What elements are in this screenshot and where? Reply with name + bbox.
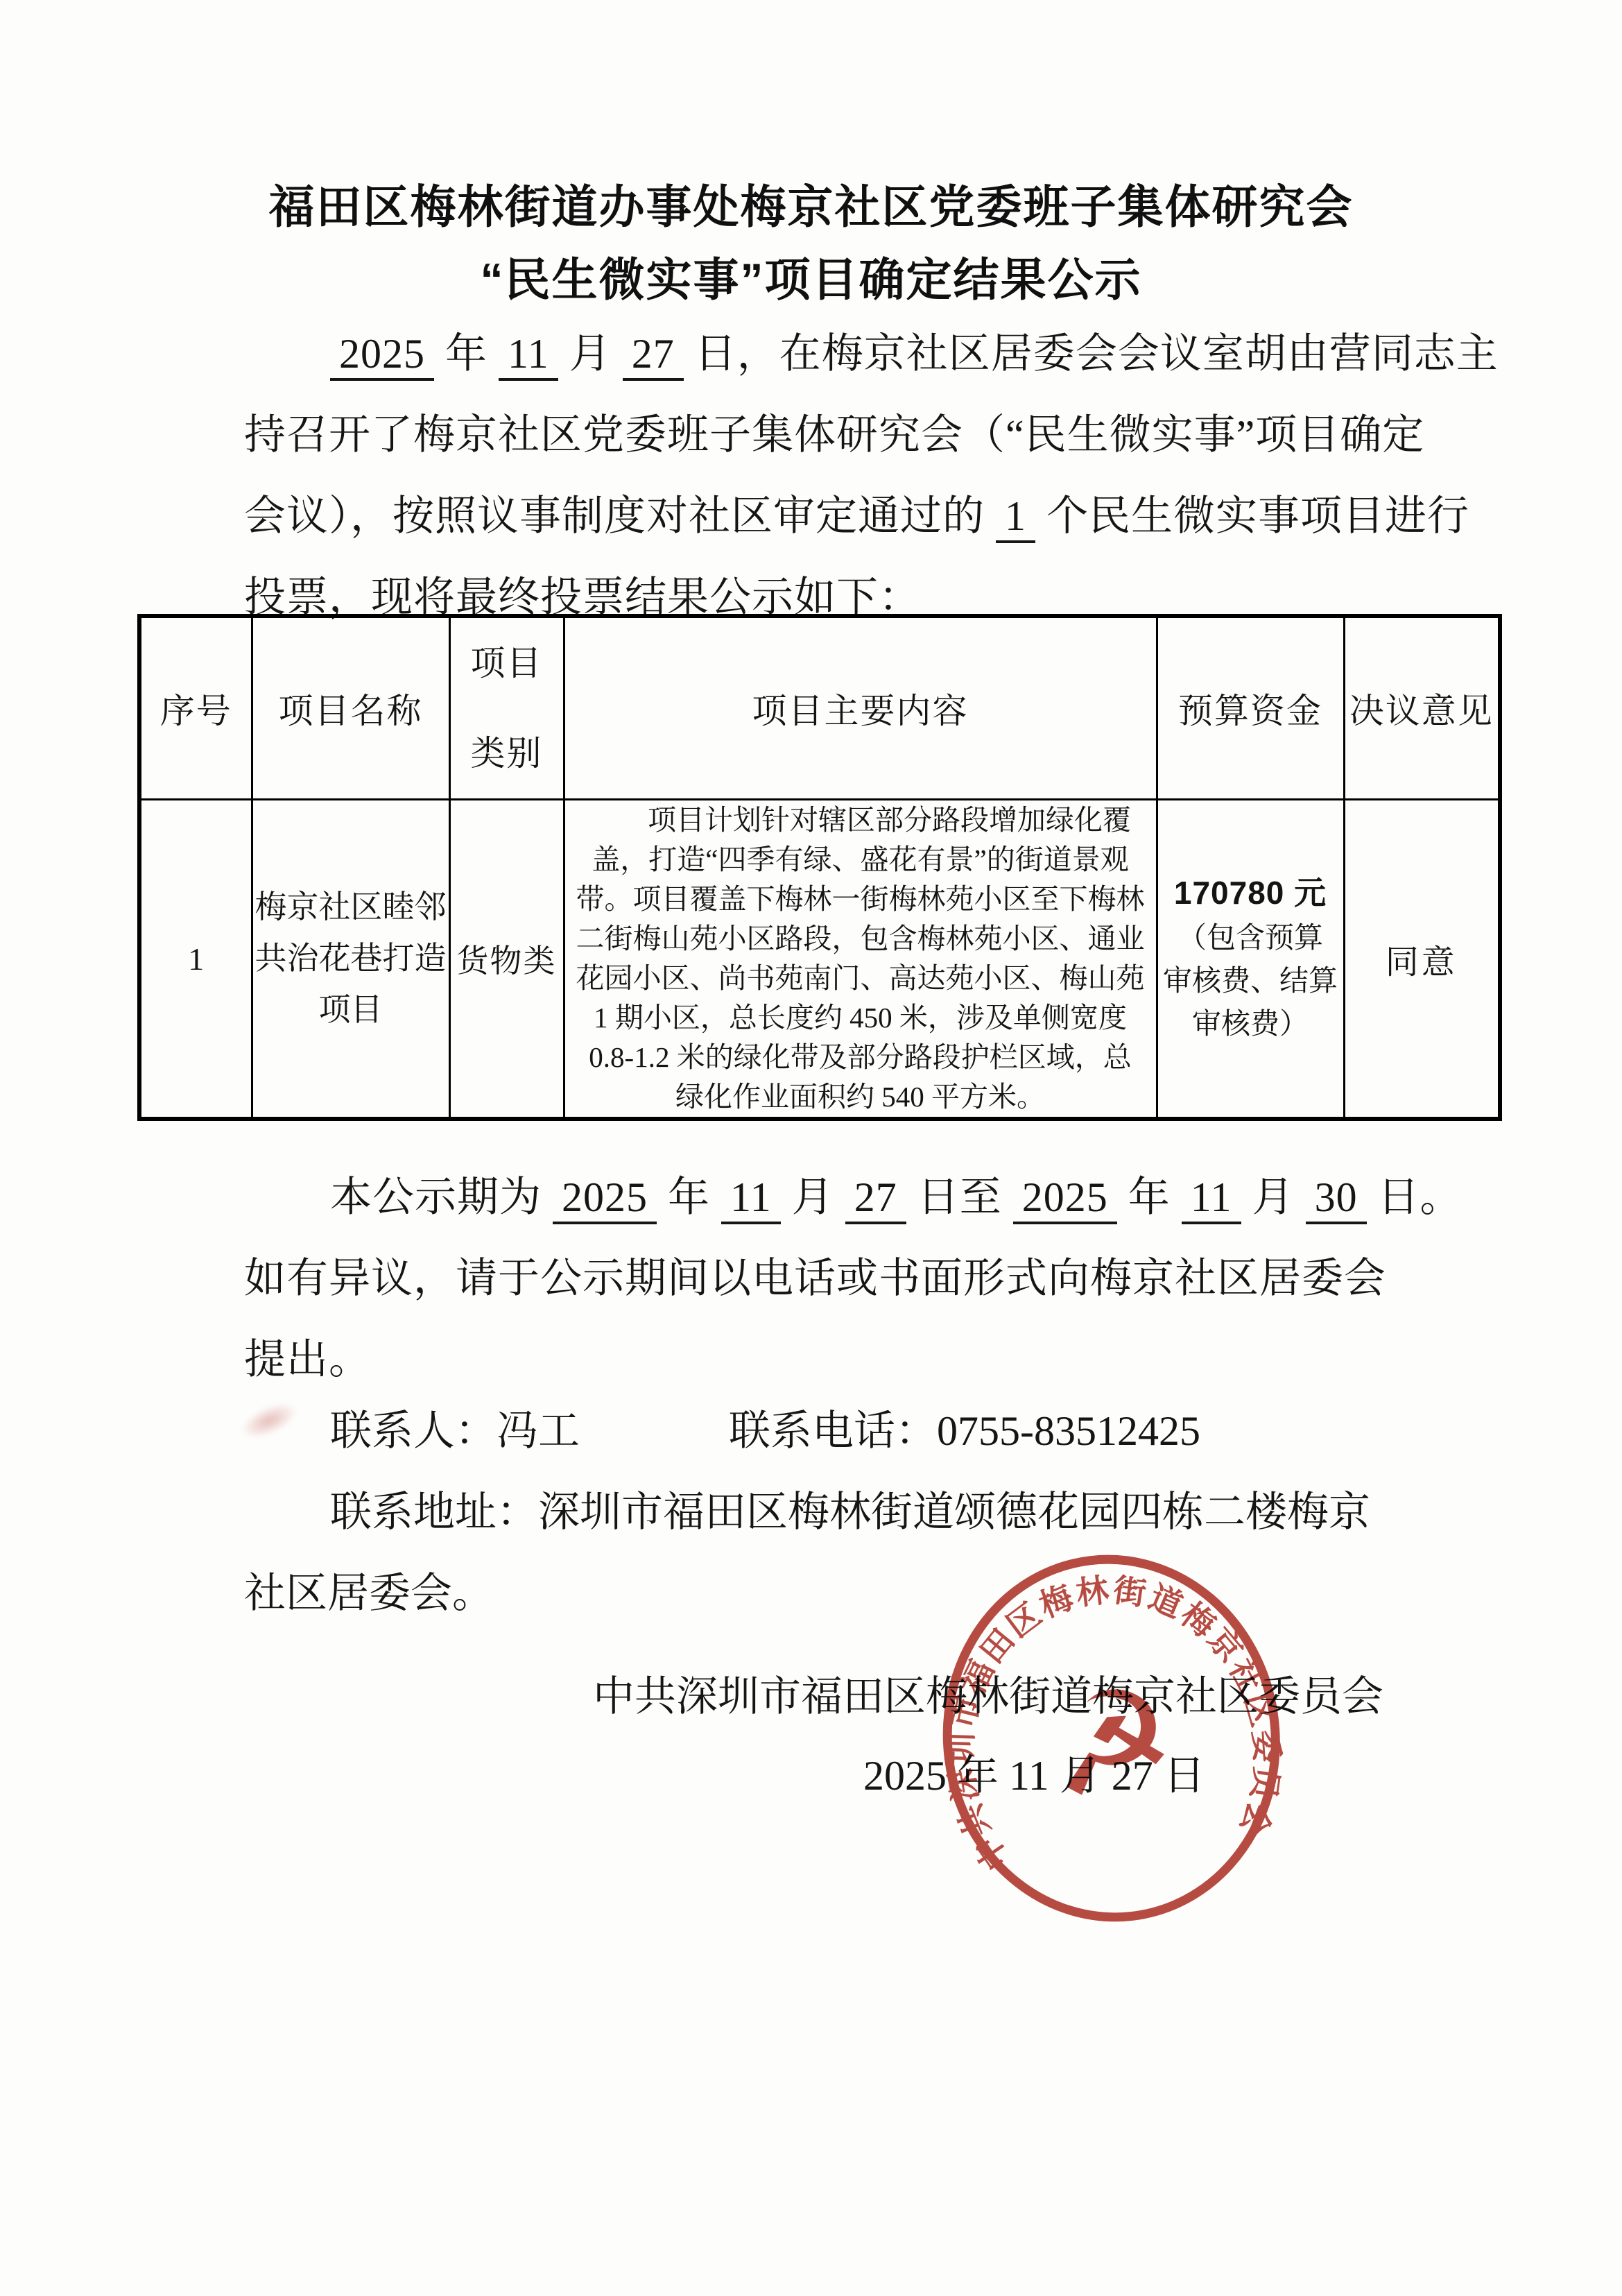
content-line: 项目计划针对辖区部分路段增加绿化覆 [565,800,1156,840]
header-decision: 决议意见 [1344,616,1500,800]
budget-note-line: 审核费、结算 [1158,960,1343,1003]
cell-project-name: 梅京社区睦邻共治花巷打造项目 [252,800,449,1120]
table-row: 1 梅京社区睦邻共治花巷打造项目 货物类 项目计划针对辖区部分路段增加绿化覆 盖… [139,800,1500,1120]
cell-project-content: 项目计划针对辖区部分路段增加绿化覆 盖，打造“四季有绿、盛花有景”的街道景观 带… [564,800,1157,1120]
content-line: 1 期小区，总长度约 450 米，涉及单侧宽度 [565,998,1156,1038]
budget-note-line: 审核费） [1158,1003,1343,1046]
contact-line-address2: 社区居委会。 [244,1553,1492,1634]
header-name: 项目名称 [252,616,449,800]
contact-block: 联系人：冯工 联系电话：0755-83512425 联系地址：深圳市福田区梅林街… [244,1391,1492,1634]
contact-phone: 0755-83512425 [937,1408,1200,1454]
contact-address-label: 联系地址： [330,1489,538,1535]
notice-line: 提出。 [244,1319,1478,1400]
contact-address-part1: 深圳市福田区梅林街道颂德花园四栋二楼梅京 [538,1489,1370,1535]
header-content: 项目主要内容 [564,616,1157,800]
intro-line: 2025 年 11 月 27 日，在梅京社区居委会会议室胡由营同志主 [244,314,1478,395]
document-title-line2: “民生微实事”项目确定结果公示 [0,243,1622,309]
content-line: 绿化作业面积约 540 平方米。 [565,1077,1156,1117]
signature-organization: 中共深圳市福田区梅林街道梅京社区委员会 [593,1663,1383,1723]
signature-date: 2025 年 11 月 27 日 [863,1742,1205,1802]
contact-phone-group: 联系电话：0755-83512425 [729,1408,1200,1454]
document-title-line1: 福田区梅林街道办事处梅京社区党委班子集体研究会 [0,170,1622,236]
contact-line-address: 联系地址：深圳市福田区梅林街道颂德花园四栋二楼梅京 [244,1472,1492,1553]
contact-line-person: 联系人：冯工 联系电话：0755-83512425 [244,1391,1492,1472]
budget-note-line: （包含预算 [1158,917,1343,960]
cell-index: 1 [139,800,252,1120]
contact-address-part2: 社区居委会。 [244,1570,494,1616]
content-line: 带。项目覆盖下梅林一街梅林苑小区至下梅林 [565,880,1156,919]
table-header-row: 序号 项目名称 项目 类别 项目主要内容 预算资金 决议意见 [139,616,1500,800]
cell-decision: 同意 [1344,800,1500,1120]
notice-line: 如有异议，请于公示期间以电话或书面形式向梅京社区居委会 [244,1238,1478,1319]
notice-line: 本公示期为 2025 年 11 月 27 日至 2025 年 11 月 30 日… [244,1157,1478,1238]
contact-phone-label: 联系电话： [729,1408,937,1454]
content-line: 花园小区、尚书苑南门、高达苑小区、梅山苑 [565,959,1156,998]
intro-paragraph: 2025 年 11 月 27 日，在梅京社区居委会会议室胡由营同志主 持召开了梅… [244,314,1478,638]
intro-line: 会议），按照议事制度对社区审定通过的 1 个民生微实事项目进行 [244,476,1478,557]
budget-amount: 170780 元 [1158,871,1343,914]
content-line: 0.8-1.2 米的绿化带及部分路段护栏区域，总 [565,1038,1156,1077]
content-line: 二街梅山苑小区路段，包含梅林苑小区、通业 [565,919,1156,959]
contact-person-label: 联系人： [330,1408,497,1454]
contact-person: 冯工 [497,1408,580,1454]
header-index: 序号 [139,616,252,800]
scanned-notice-document: 福田区梅林街道办事处梅京社区党委班子集体研究会 “民生微实事”项目确定结果公示 … [0,0,1622,2296]
project-result-table: 序号 项目名称 项目 类别 项目主要内容 预算资金 决议意见 1 梅京社区睦邻共… [137,614,1502,1121]
intro-line: 持召开了梅京社区党委班子集体研究会（“民生微实事”项目确定 [244,395,1478,476]
header-budget: 预算资金 [1157,616,1344,800]
content-line: 盖，打造“四季有绿、盛花有景”的街道景观 [565,840,1156,880]
notice-period-paragraph: 本公示期为 2025 年 11 月 27 日至 2025 年 11 月 30 日… [244,1157,1478,1400]
cell-category: 货物类 [449,800,564,1120]
cell-budget: 170780 元 （包含预算 审核费、结算 审核费） [1157,800,1344,1120]
header-category: 项目 类别 [449,616,564,800]
